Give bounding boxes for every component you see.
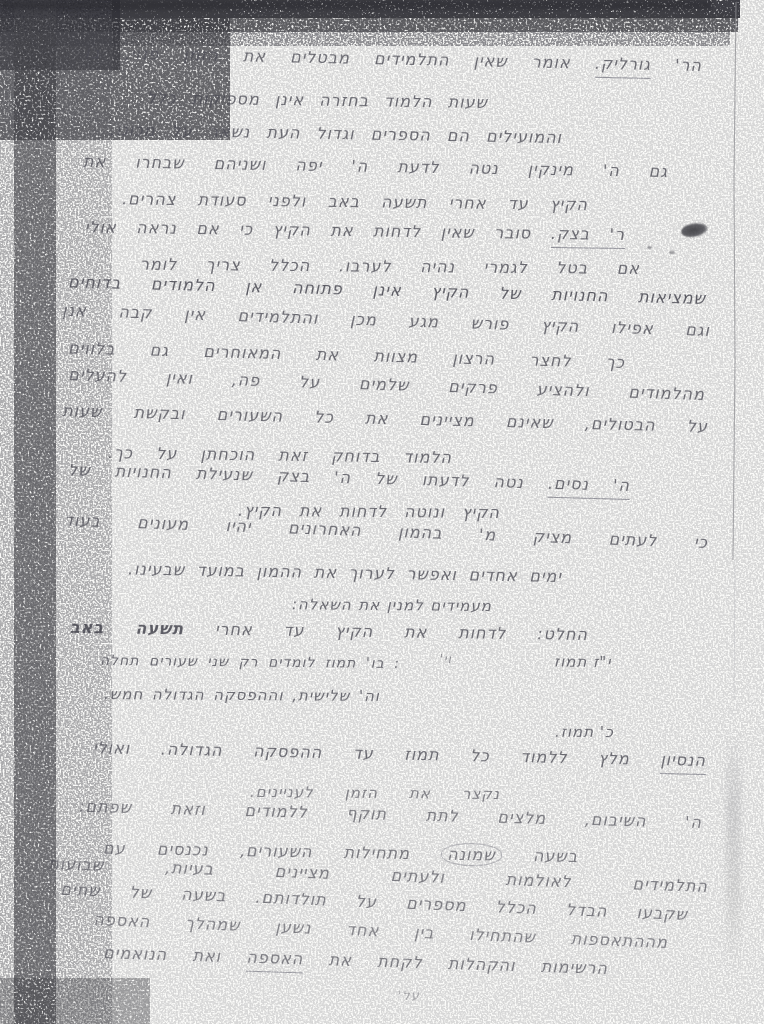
phrase: אומר שאין התלמידים מבטלים את הזמן פנוי, …	[85, 43, 595, 73]
handwritten-line: ימים אחדים ואפשר לערוך את ההמון במועד שב…	[128, 559, 562, 587]
phrase: בשעה	[502, 846, 579, 866]
phrase: על'	[397, 988, 420, 1005]
phrase: הקיץ עד אחרי תשעה באב ולפני סעודת צהרים.	[122, 189, 588, 214]
phrase: הר'	[651, 55, 702, 75]
phrase: ימים אחדים ואפשר לערוך את ההמון במועד שב…	[128, 559, 562, 586]
phrase: : בו' תמוז לומדים רק שני שעורים תחלה	[100, 653, 400, 672]
ink-speck	[647, 246, 652, 249]
phrase: וי'	[440, 652, 452, 666]
phrase: ואת הנואמים	[103, 943, 247, 966]
handwritten-line: הר' גורליק. אומר שאין התלמידים מבטלים את…	[85, 43, 702, 76]
manuscript-page: הר' גורליק. אומר שאין התלמידים מבטלים את…	[0, 0, 764, 1024]
handwritten-line: מעמידים למנין את השאלה:	[292, 595, 492, 615]
right-edge-scan-line	[733, 2, 736, 560]
handwritten-line: על'	[397, 988, 420, 1006]
handwritten-line: ר' בצק. סובר שאין לדחות את הקיץ כי אם נר…	[85, 217, 625, 245]
phrase: גם ה' מינקין נטה לדעת ה' יפה ושניהם שבחר…	[83, 152, 668, 181]
handwritten-line: נקצר את הזמן לעניינים.	[250, 783, 500, 804]
ink-blot	[680, 221, 709, 239]
phrase: כ' תמוז.	[555, 723, 614, 741]
phrase: י"ז תמוז	[554, 652, 612, 671]
handwritten-line: הרשימות והקהלות לקחת את האספה ואת הנואמי…	[103, 943, 608, 979]
handwritten-line: וגם אפילו הקיץ פורש מגע מכן והתלמידים אי…	[62, 301, 710, 341]
phrase: וה' שלישית, וההפסקה הגדולה חמש.	[104, 685, 380, 705]
phrase: סובר שאין לדחות את הקיץ כי אם נראה אולי	[85, 217, 551, 243]
underlined-phrase: גורליק.	[595, 54, 652, 79]
phrase: החלט: לדחות את הקיץ עד אחרי	[184, 619, 588, 644]
phrase: מלץ ללמוד כל תמוז עד ההפסקה הגדולה. ואול…	[93, 738, 661, 769]
phrase: תשעה באב	[70, 618, 184, 639]
circled-word: שמונה	[441, 843, 502, 867]
handwritten-line: החלט: לדחות את הקיץ עד אחרי תשעה באב	[70, 618, 588, 645]
handwritten-line: : בו' תמוז לומדים רק שני שעורים תחלה	[100, 653, 400, 674]
handwritten-line: וה' שלישית, וההפסקה הגדולה חמש.	[104, 685, 380, 706]
phrase: על הבטולים, שאינם מציינים את כל השעורים …	[62, 401, 708, 436]
handwritten-line: וי'	[440, 652, 452, 667]
handwritten-line: והמועילים הם הספרים וגדול העת נשאר על מכ…	[110, 120, 562, 148]
phrase: שעות הלמוד בחזרה אינן מספיקות כלל	[147, 88, 488, 112]
top-toner-strip	[0, 0, 712, 10]
handwritten-line: גם ה' מינקין נטה לדעת ה' יפה ושניהם שבחר…	[83, 152, 668, 182]
underlined-phrase: ה' נסים.	[548, 474, 631, 500]
right-margin-smudge	[726, 730, 741, 975]
handwritten-line: על הבטולים, שאינם מציינים את כל השעורים …	[62, 401, 708, 437]
phrase: והמועילים הם הספרים וגדול העת נשאר על מכ…	[110, 120, 562, 147]
underlined-phrase: ר' בצק.	[551, 224, 625, 249]
handwritten-line: שעות הלמוד בחזרה אינן מספיקות כלל	[147, 88, 488, 113]
phrase: מעמידים למנין את השאלה:	[292, 595, 492, 615]
handwritten-line: הקיץ עד אחרי תשעה באב ולפני סעודת צהרים.	[122, 189, 588, 215]
underlined-phrase: האספה	[246, 948, 304, 974]
phrase: הרשימות והקהלות לקחת את	[303, 949, 608, 978]
phrase: אם בטל לגמרי נהיה לערבו. הכלל צריך לומר	[140, 255, 640, 278]
top-left-noise	[0, 0, 230, 140]
handwritten-line: כ' תמוז.	[555, 723, 614, 742]
handwritten-line: הנסיון מלץ ללמוד כל תמוז עד ההפסקה הגדול…	[93, 738, 706, 771]
phrase: נקצר את הזמן לעניינים.	[250, 783, 500, 803]
ink-speck	[669, 251, 675, 254]
underlined-phrase: הנסיון	[660, 750, 706, 775]
handwritten-line: י"ז תמוז	[554, 652, 612, 671]
